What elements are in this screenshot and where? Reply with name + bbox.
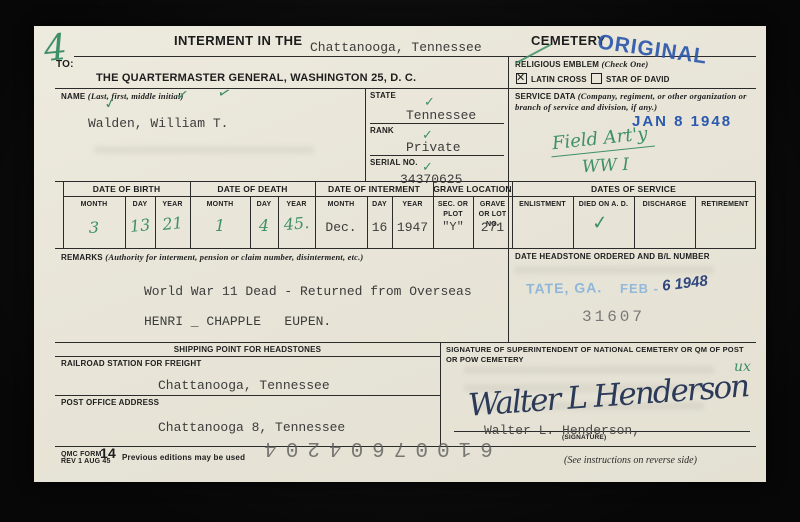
interment-day-header: DAY <box>367 200 392 210</box>
table-divider <box>315 181 316 248</box>
serial-label: SERIAL NO. <box>370 158 418 168</box>
signature-script: Walter L Henderson <box>467 368 749 423</box>
upside-down-number-stamp: 61007604204 <box>184 436 564 459</box>
interment-year-value: 1947 <box>392 220 433 235</box>
section-divider <box>508 56 509 342</box>
death-group-title: DATE OF DEATH <box>190 184 315 194</box>
bleedthrough-artifact <box>94 146 314 154</box>
table-rule <box>55 181 756 182</box>
died-on-ad-header: DIED ON A. D. <box>573 200 634 210</box>
service-data-label: SERVICE DATA (Company, regiment, or othe… <box>515 91 753 113</box>
name-label-text: NAME <box>61 92 85 101</box>
grave-plot-value: "Y" <box>434 220 472 234</box>
checkmark-icon <box>175 85 190 105</box>
interment-day-value: 16 <box>367 220 392 235</box>
grave-plot-header: SEC. OR PLOT <box>434 200 472 220</box>
death-day-value: 4 <box>250 216 278 235</box>
form-title-suffix: CEMETERY <box>531 36 606 46</box>
checkmark-icon <box>215 82 233 103</box>
rank-value: Private <box>406 140 461 155</box>
headstone-label: DATE HEADSTONE ORDERED AND B/L NUMBER <box>515 252 750 262</box>
field-underline <box>370 123 504 124</box>
form-number: 14 <box>100 448 116 458</box>
signature-caption: (SIGNATURE) <box>562 433 606 443</box>
headstone-dayyear-stamp: 6 1948 <box>661 272 709 294</box>
signature-label: SIGNATURE OF SUPERINTENDENT OF NATIONAL … <box>446 345 752 365</box>
enlistment-header: ENLISTMENT <box>512 200 573 210</box>
died-on-ad-checkmark-icon <box>591 211 609 234</box>
recipient-line: THE QUARTERMASTER GENERAL, WASHINGTON 25… <box>96 73 416 83</box>
death-month-header: MONTH <box>190 200 250 210</box>
birth-day-value: 13 <box>124 214 156 236</box>
interment-year-header: YEAR <box>392 200 433 210</box>
name-value: Walden, William T. <box>88 116 228 131</box>
headstone-month-stamp: FEB - <box>620 281 659 296</box>
field-underline <box>370 155 504 156</box>
bl-number-value: 31607 <box>582 308 645 326</box>
remarks-line2: HENRI _ CHAPPLE EUPEN. <box>144 314 331 329</box>
death-day-header: DAY <box>250 200 278 210</box>
cemetery-name-value: Chattanooga, Tennessee <box>310 40 482 55</box>
birth-group-title: DATE OF BIRTH <box>63 184 190 194</box>
retirement-header: RETIREMENT <box>695 200 755 210</box>
remarks-label: REMARKS (Authority for interment, pensio… <box>61 252 363 263</box>
field-rule <box>55 395 440 396</box>
railroad-value: Chattanooga, Tennessee <box>158 378 330 393</box>
interment-group-title: DATE OF INTERMENT <box>315 184 433 194</box>
service-data-label-text: SERVICE DATA <box>515 92 575 101</box>
death-year-header: YEAR <box>278 200 315 210</box>
state-value: Tennessee <box>406 108 476 123</box>
post-office-label: POST OFFICE ADDRESS <box>61 398 159 408</box>
remarks-label-text: REMARKS <box>61 253 103 262</box>
section-divider <box>440 342 441 446</box>
death-month-value: 1 <box>200 216 240 235</box>
instructions-note: (See instructions on reverse side) <box>564 455 697 466</box>
name-label: NAME (Last, first, middle initial) <box>61 91 184 102</box>
grave-lot-value: 271 <box>474 220 511 235</box>
table-rule <box>55 248 756 249</box>
field-rule <box>55 356 440 357</box>
to-label: TO: <box>56 60 74 70</box>
grave-group-title: GRAVE LOCATION <box>433 184 512 194</box>
shipping-header: SHIPPING POINT FOR HEADSTONES <box>55 345 440 355</box>
remarks-label-detail: (Authority for interment, pension or cla… <box>105 252 363 262</box>
star-of-david-label: STAR OF DAVID <box>606 75 670 85</box>
remarks-line1: World War 11 Dead - Returned from Overse… <box>144 284 472 299</box>
religious-emblem-label-text: RELIGIOUS EMBLEM <box>515 60 599 69</box>
headstone-location-stamp: TATE, GA. <box>526 279 602 296</box>
birth-year-value: 21 <box>154 212 191 235</box>
table-rule <box>63 196 755 197</box>
birth-month-value: 3 <box>74 218 114 237</box>
table-divider <box>755 181 756 248</box>
table-divider <box>512 181 513 248</box>
bleedthrough-artifact <box>514 266 714 274</box>
scan-background: 4 INTERMENT IN THE Chattanooga, Tennesse… <box>0 0 800 522</box>
handwritten-war: WW I <box>582 155 630 177</box>
railroad-label: RAILROAD STATION FOR FREIGHT <box>61 359 201 369</box>
section-rule <box>55 342 756 343</box>
death-year-value: 45. <box>277 212 316 234</box>
service-group-title: DATES OF SERVICE <box>512 184 755 194</box>
birth-month-header: MONTH <box>63 200 125 210</box>
latin-cross-checkbox <box>516 73 527 84</box>
post-office-value: Chattanooga 8, Tennessee <box>158 420 345 435</box>
religious-emblem-label: RELIGIOUS EMBLEM (Check One) <box>515 59 648 70</box>
star-of-david-checkbox <box>591 73 602 84</box>
handwritten-branch: Field Art'y <box>549 123 655 158</box>
interment-month-value: Dec. <box>315 220 367 235</box>
latin-cross-label: LATIN CROSS <box>531 75 587 85</box>
birth-day-header: DAY <box>125 200 155 210</box>
interment-form-card: 4 INTERMENT IN THE Chattanooga, Tennesse… <box>34 26 766 482</box>
interment-month-header: MONTH <box>315 200 367 210</box>
birth-year-header: YEAR <box>155 200 190 210</box>
discharge-header: DISCHARGE <box>634 200 695 210</box>
section-rule <box>55 88 756 89</box>
table-divider <box>63 181 64 248</box>
state-label: STATE <box>370 91 396 101</box>
column-divider <box>365 88 366 181</box>
table-divider <box>190 181 191 248</box>
rank-label: RANK <box>370 126 394 136</box>
form-title-prefix: INTERMENT IN THE <box>174 36 302 46</box>
